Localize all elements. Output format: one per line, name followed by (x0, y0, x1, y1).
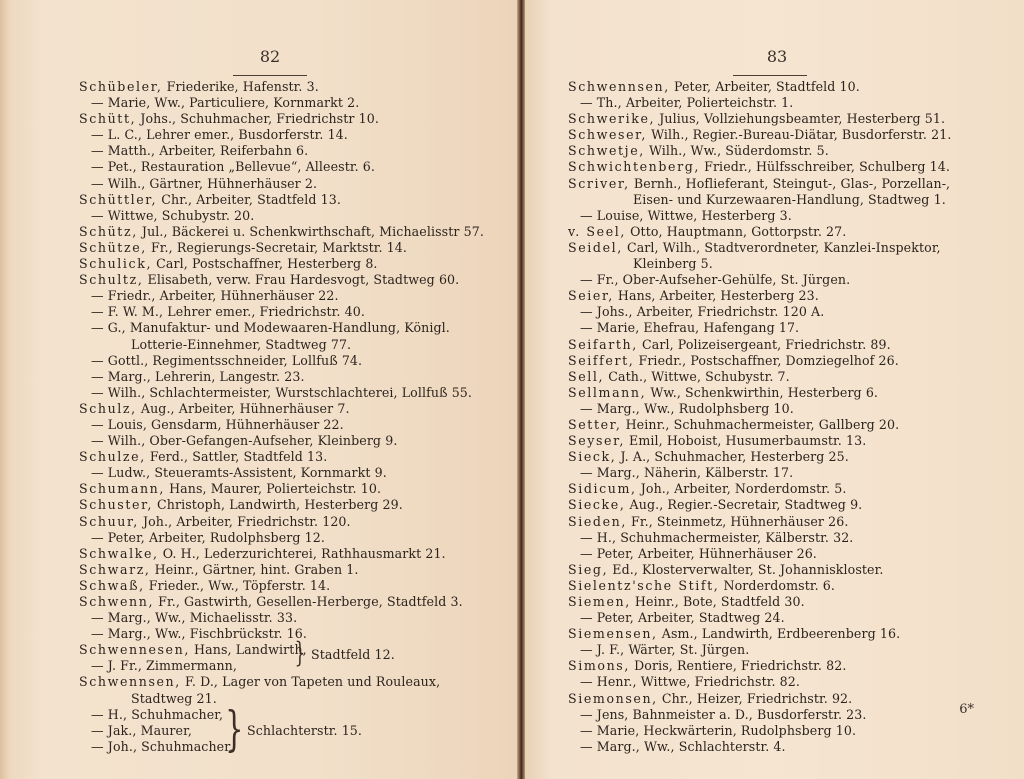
list-item: Sidicum, Joh., Arbeiter, Norderdomstr. 5… (568, 481, 1008, 497)
directory-entries: Schübeler, Friederike, Hafenstr. 3.— Mar… (79, 79, 499, 755)
list-item: — Matth., Arbeiter, Reiferbahn 6. (79, 143, 499, 159)
entry-details: Fr., Regierungs-Secretair, Marktstr. 14. (147, 240, 407, 255)
surname: Sidicum, (568, 481, 637, 496)
list-item: Schübeler, Friederike, Hafenstr. 3. (79, 79, 499, 95)
book-gutter (517, 0, 525, 779)
list-item: — H., Schuhmachermeister, Kälberstr. 32. (568, 530, 1008, 546)
list-item: v. Seel, Otto, Hauptmann, Gottorpstr. 27… (568, 224, 1008, 240)
list-item: Schultz, Elisabeth, verw. Frau Hardesvog… (79, 272, 499, 288)
entry-details: Friedr., Hülfsschreiber, Schulberg 14. (700, 159, 950, 174)
page-number: 83 (747, 47, 807, 66)
entry-details: Julius, Vollziehungsbeamter, Hesterberg … (655, 111, 945, 126)
list-item: Schwarz, Heinr., Gärtner, hint. Graben 1… (79, 562, 499, 578)
entry-details: Carl, Postschaffner, Hesterberg 8. (152, 256, 377, 271)
entry-details: Christoph, Landwirth, Hesterberg 29. (153, 497, 403, 512)
entry-details: Joh., Arbeiter, Friedrichstr. 120. (139, 514, 351, 529)
list-item: Siecke, Aug., Regier.-Secretair, Stadtwe… (568, 497, 1008, 513)
surname: Seiffert, (568, 353, 634, 368)
surname: Schwennsen, (79, 674, 181, 689)
entry-details: Chr., Arbeiter, Stadtfeld 13. (157, 192, 341, 207)
entry-details: Friederike, Hafenstr. 3. (163, 79, 319, 94)
surname: Sellmann, (568, 385, 646, 400)
book-spread: 82 Schübeler, Friederike, Hafenstr. 3.— … (0, 0, 1024, 779)
surname: Sielentz'sche Stift, (568, 578, 719, 593)
list-item: Setter, Heinr., Schuhmachermeister, Gall… (568, 417, 1008, 433)
list-item: Schwichtenberg, Friedr., Hülfsschreiber,… (568, 159, 1008, 175)
surname: Schwenn, (79, 594, 154, 609)
brace-icon: } (295, 639, 306, 667)
surname: Schwarz, (79, 562, 151, 577)
entry-details: Aug., Arbeiter, Hühnerhäuser 7. (137, 401, 350, 416)
list-item: Siemen, Heinr., Bote, Stadtfeld 30. (568, 594, 1008, 610)
list-item: — Fr., Ober-Aufseher-Gehülfe, St. Jürgen… (568, 272, 1008, 288)
entry-details: Frieder., Ww., Töpferstr. 14. (145, 578, 331, 593)
list-item: Seiffert, Friedr., Postschaffner, Domzie… (568, 353, 1008, 369)
list-item: Schütze, Fr., Regierungs-Secretair, Mark… (79, 240, 499, 256)
surname: Schwennesen, (79, 642, 190, 657)
directory-entries: Schwennsen, Peter, Arbeiter, Stadtfeld 1… (568, 79, 1008, 755)
entry-details: Otto, Hauptmann, Gottorpstr. 27. (626, 224, 846, 239)
list-item: Sieck, J. A., Schuhmacher, Hesterberg 25… (568, 449, 1008, 465)
surname: Seier, (568, 288, 614, 303)
page-edge (0, 0, 12, 779)
surname: Schuster, (79, 497, 153, 512)
list-item: Stadtweg 21. (79, 691, 499, 707)
entry-details: Carl, Wilh., Stadtverordneter, Kanzlei-I… (623, 240, 941, 255)
surname: Seyser, (568, 433, 625, 448)
surname: Schütt, (79, 111, 136, 126)
surname: Schwichtenberg, (568, 159, 700, 174)
surname: v. Seel, (568, 224, 626, 239)
list-item: Scriver, Bernh., Hoflieferant, Steingut-… (568, 176, 1008, 192)
list-item: Sielentz'sche Stift, Norderdomstr. 6. (568, 578, 1008, 594)
surname: Simons, (568, 658, 630, 673)
list-item: Schüttler, Chr., Arbeiter, Stadtfeld 13. (79, 192, 499, 208)
list-item: — Wittwe, Schubystr. 20. (79, 208, 499, 224)
list-item: — Marie, Ww., Particuliere, Kornmarkt 2. (79, 95, 499, 111)
entry-details: Fr., Gastwirth, Gesellen-Herberge, Stadt… (154, 594, 463, 609)
surname: Setter, (568, 417, 622, 432)
list-item: — F. W. M., Lehrer emer., Friedrichstr. … (79, 304, 499, 320)
list-item: Schulick, Carl, Postschaffner, Hesterber… (79, 256, 499, 272)
brace-icon: } (225, 705, 243, 753)
entry-details: Wilh., Ww., Süderdomstr. 5. (645, 143, 829, 158)
list-item: Schwenn, Fr., Gastwirth, Gesellen-Herber… (79, 594, 499, 610)
surname: Siemensen, (568, 626, 658, 641)
entry-details: Peter, Arbeiter, Stadtfeld 10. (670, 79, 860, 94)
list-item: — Louis, Gensdarm, Hühnerhäuser 22. (79, 417, 499, 433)
entry-details: Chr., Heizer, Friedrichstr. 92. (658, 691, 853, 706)
list-item: Schuster, Christoph, Landwirth, Hesterbe… (79, 497, 499, 513)
list-item: Seifarth, Carl, Polizeisergeant, Friedri… (568, 337, 1008, 353)
list-item: Schulz, Aug., Arbeiter, Hühnerhäuser 7. (79, 401, 499, 417)
surname: Sieck, (568, 449, 616, 464)
surname: Seifarth, (568, 337, 638, 352)
entry-details: Johs., Schuhmacher, Friedrichstr 10. (136, 111, 379, 126)
list-item: Schulze, Ferd., Sattler, Stadtfeld 13. (79, 449, 499, 465)
entry-details: Fr., Steinmetz, Hühnerhäuser 26. (627, 514, 849, 529)
surname: Schübeler, (79, 79, 163, 94)
surname: Schuur, (79, 514, 139, 529)
list-item: Schweser, Wilh., Regier.-Bureau-Diätar, … (568, 127, 1008, 143)
list-item: Seyser, Emil, Hoboist, Husumerbaumstr. 1… (568, 433, 1008, 449)
list-item: Schwalke, O. H., Lederzurichterei, Rathh… (79, 546, 499, 562)
entry-details: Hans, Maurer, Polierteichstr. 10. (165, 481, 381, 496)
entry-details: Heinr., Gärtner, hint. Graben 1. (151, 562, 359, 577)
surname: Schüttler, (79, 192, 157, 207)
entry-details: J. A., Schuhmacher, Hesterberg 25. (616, 449, 848, 464)
list-item: — Wilh., Ober-Gefangen-Aufseher, Kleinbe… (79, 433, 499, 449)
list-item: — Marg., Ww., Michaelisstr. 33. (79, 610, 499, 626)
list-item: Schütt, Johs., Schuhmacher, Friedrichstr… (79, 111, 499, 127)
list-item: — G., Manufaktur- und Modewaaren-Handlun… (79, 320, 499, 336)
entry-details: Heinr., Schuhmachermeister, Gallberg 20. (622, 417, 900, 432)
entry-details: Joh., Arbeiter, Norderdomstr. 5. (637, 481, 847, 496)
entry-details: Friedr., Postschaffner, Domziegelhof 26. (634, 353, 898, 368)
surname: Sieden, (568, 514, 627, 529)
surname: Schumann, (79, 481, 165, 496)
entry-details: Aug., Regier.-Secretair, Stadtweg 9. (625, 497, 862, 512)
list-item: — Marg., Näherin, Kälberstr. 17. (568, 465, 1008, 481)
entry-details: Wilh., Regier.-Bureau-Diätar, Busdorfers… (647, 127, 951, 142)
list-item: — Marg., Lehrerin, Langestr. 23. (79, 369, 499, 385)
list-item: Schütz, Jul., Bäckerei u. Schenkwirthsch… (79, 224, 499, 240)
entry-details: Jul., Bäckerei u. Schenkwirthschaft, Mic… (138, 224, 484, 239)
list-item: Schwetje, Wilh., Ww., Süderdomstr. 5. (568, 143, 1008, 159)
list-item: — Marg., Ww., Fischbrückstr. 16. (79, 626, 499, 642)
surname: Schulze, (79, 449, 146, 464)
entry-details: Norderdomstr. 6. (719, 578, 835, 593)
entry-details: Bernh., Hoflieferant, Steingut-, Glas-, … (630, 176, 950, 191)
surname: Schulick, (79, 256, 152, 271)
list-item: Lotterie-Einnehmer, Stadtweg 77. (79, 337, 499, 353)
surname: Seidel, (568, 240, 623, 255)
right-page: 83 Schwennsen, Peter, Arbeiter, Stadtfel… (521, 0, 1024, 779)
header-rule (233, 75, 307, 76)
entry-details: Ferd., Sattler, Stadtfeld 13. (146, 449, 328, 464)
list-item: Sieden, Fr., Steinmetz, Hühnerhäuser 26. (568, 514, 1008, 530)
signature-mark: 6* (959, 702, 974, 717)
list-item: — Jens, Bahnmeister a. D., Busdorferstr.… (568, 707, 1008, 723)
list-item: — Ludw., Steueramts-Assistent, Kornmarkt… (79, 465, 499, 481)
surname: Schütz, (79, 224, 138, 239)
entry-details: Hans, Arbeiter, Hesterberg 23. (614, 288, 819, 303)
entry-details: Doris, Rentiere, Friedrichstr. 82. (630, 658, 846, 673)
list-item: Siemonsen, Chr., Heizer, Friedrichstr. 9… (568, 691, 1008, 707)
list-item: — Louise, Wittwe, Hesterberg 3. (568, 208, 1008, 224)
entry-details: Hans, Landwirth, (190, 642, 307, 657)
surname: Siemen, (568, 594, 631, 609)
list-item: — H., Schuhmacher,}Schlachterstr. 15. (79, 707, 499, 723)
list-item: Siemensen, Asm., Landwirth, Erdbeerenber… (568, 626, 1008, 642)
list-item: — Gottl., Regimentsschneider, Lollfuß 74… (79, 353, 499, 369)
surname: Sell, (568, 369, 604, 384)
entry-details: Ed., Klosterverwalter, St. Johannisklost… (608, 562, 883, 577)
list-item: — Henr., Wittwe, Friedrichstr. 82. (568, 674, 1008, 690)
surname: Schwetje, (568, 143, 645, 158)
entry-details: Asm., Landwirth, Erdbeerenberg 16. (658, 626, 901, 641)
list-item: — L. C., Lehrer emer., Busdorferstr. 14. (79, 127, 499, 143)
shared-address: Stadtfeld 12. (311, 647, 395, 663)
surname: Schweser, (568, 127, 647, 142)
list-item: — Wilh., Schlachtermeister, Wurstschlach… (79, 385, 499, 401)
list-item: — Johs., Arbeiter, Friedrichstr. 120 A. (568, 304, 1008, 320)
list-item: — J. F., Wärter, St. Jürgen. (568, 642, 1008, 658)
list-item: Schuur, Joh., Arbeiter, Friedrichstr. 12… (79, 514, 499, 530)
entry-details: Emil, Hoboist, Husumerbaumstr. 13. (625, 433, 866, 448)
surname: Siemonsen, (568, 691, 658, 706)
left-page: 82 Schübeler, Friederike, Hafenstr. 3.— … (0, 0, 521, 779)
list-item: — Marg., Ww., Schlachterstr. 4. (568, 739, 1008, 755)
list-item: Schwerike, Julius, Vollziehungsbeamter, … (568, 111, 1008, 127)
list-item: — Friedr., Arbeiter, Hühnerhäuser 22. (79, 288, 499, 304)
surname: Siecke, (568, 497, 625, 512)
list-item: — Wilh., Gärtner, Hühnerhäuser 2. (79, 176, 499, 192)
list-item: Sellmann, Ww., Schenkwirthin, Hesterberg… (568, 385, 1008, 401)
list-item: Schwennesen, Hans, Landwirth,}Stadtfeld … (79, 642, 499, 658)
list-item: Seidel, Carl, Wilh., Stadtverordneter, K… (568, 240, 1008, 256)
entry-details: Ww., Schenkwirthin, Hesterberg 6. (646, 385, 878, 400)
shared-address: Schlachterstr. 15. (247, 723, 362, 739)
surname: Schwaß, (79, 578, 145, 593)
list-item: — Peter, Arbeiter, Stadtweg 24. (568, 610, 1008, 626)
list-item: — Marie, Ehefrau, Hafengang 17. (568, 320, 1008, 336)
entry-details: Carl, Polizeisergeant, Friedrichstr. 89. (638, 337, 891, 352)
list-item: — Marg., Ww., Rudolphsberg 10. (568, 401, 1008, 417)
entry-details: Elisabeth, verw. Frau Hardesvogt, Stadtw… (143, 272, 459, 287)
list-item: — Joh., Schuhmacher, (79, 739, 499, 755)
list-item: Schwennsen, Peter, Arbeiter, Stadtfeld 1… (568, 79, 1008, 95)
surname: Schwerike, (568, 111, 655, 126)
surname: Scriver, (568, 176, 630, 191)
surname: Schulz, (79, 401, 137, 416)
list-item: Seier, Hans, Arbeiter, Hesterberg 23. (568, 288, 1008, 304)
list-item: Sell, Cath., Wittwe, Schubystr. 7. (568, 369, 1008, 385)
surname: Schwennsen, (568, 79, 670, 94)
list-item: Schwennsen, F. D., Lager von Tapeten und… (79, 674, 499, 690)
list-item: — J. Fr., Zimmermann, (79, 658, 499, 674)
list-item: Schwaß, Frieder., Ww., Töpferstr. 14. (79, 578, 499, 594)
list-item: Eisen- und Kurzewaaren-Handlung, Stadtwe… (568, 192, 1008, 208)
header-rule (733, 75, 807, 76)
surname: Sieg, (568, 562, 608, 577)
entry-details: O. H., Lederzurichterei, Rathhausmarkt 2… (159, 546, 446, 561)
list-item: — Peter, Arbeiter, Rudolphsberg 12. (79, 530, 499, 546)
page-number: 82 (240, 47, 300, 66)
list-item: — Th., Arbeiter, Polierteichstr. 1. (568, 95, 1008, 111)
entry-details: F. D., Lager von Tapeten und Rouleaux, (181, 674, 440, 689)
list-item: — Pet., Restauration „Bellevue“, Alleest… (79, 159, 499, 175)
list-item: Kleinberg 5. (568, 256, 1008, 272)
surname: Schultz, (79, 272, 143, 287)
list-item: — Peter, Arbeiter, Hühnerhäuser 26. (568, 546, 1008, 562)
list-item: Sieg, Ed., Klosterverwalter, St. Johanni… (568, 562, 1008, 578)
entry-details: Heinr., Bote, Stadtfeld 30. (631, 594, 805, 609)
list-item: Simons, Doris, Rentiere, Friedrichstr. 8… (568, 658, 1008, 674)
list-item: Schumann, Hans, Maurer, Polierteichstr. … (79, 481, 499, 497)
surname: Schwalke, (79, 546, 159, 561)
surname: Schütze, (79, 240, 147, 255)
list-item: — Marie, Heckwärterin, Rudolphsberg 10. (568, 723, 1008, 739)
entry-details: Cath., Wittwe, Schubystr. 7. (604, 369, 790, 384)
